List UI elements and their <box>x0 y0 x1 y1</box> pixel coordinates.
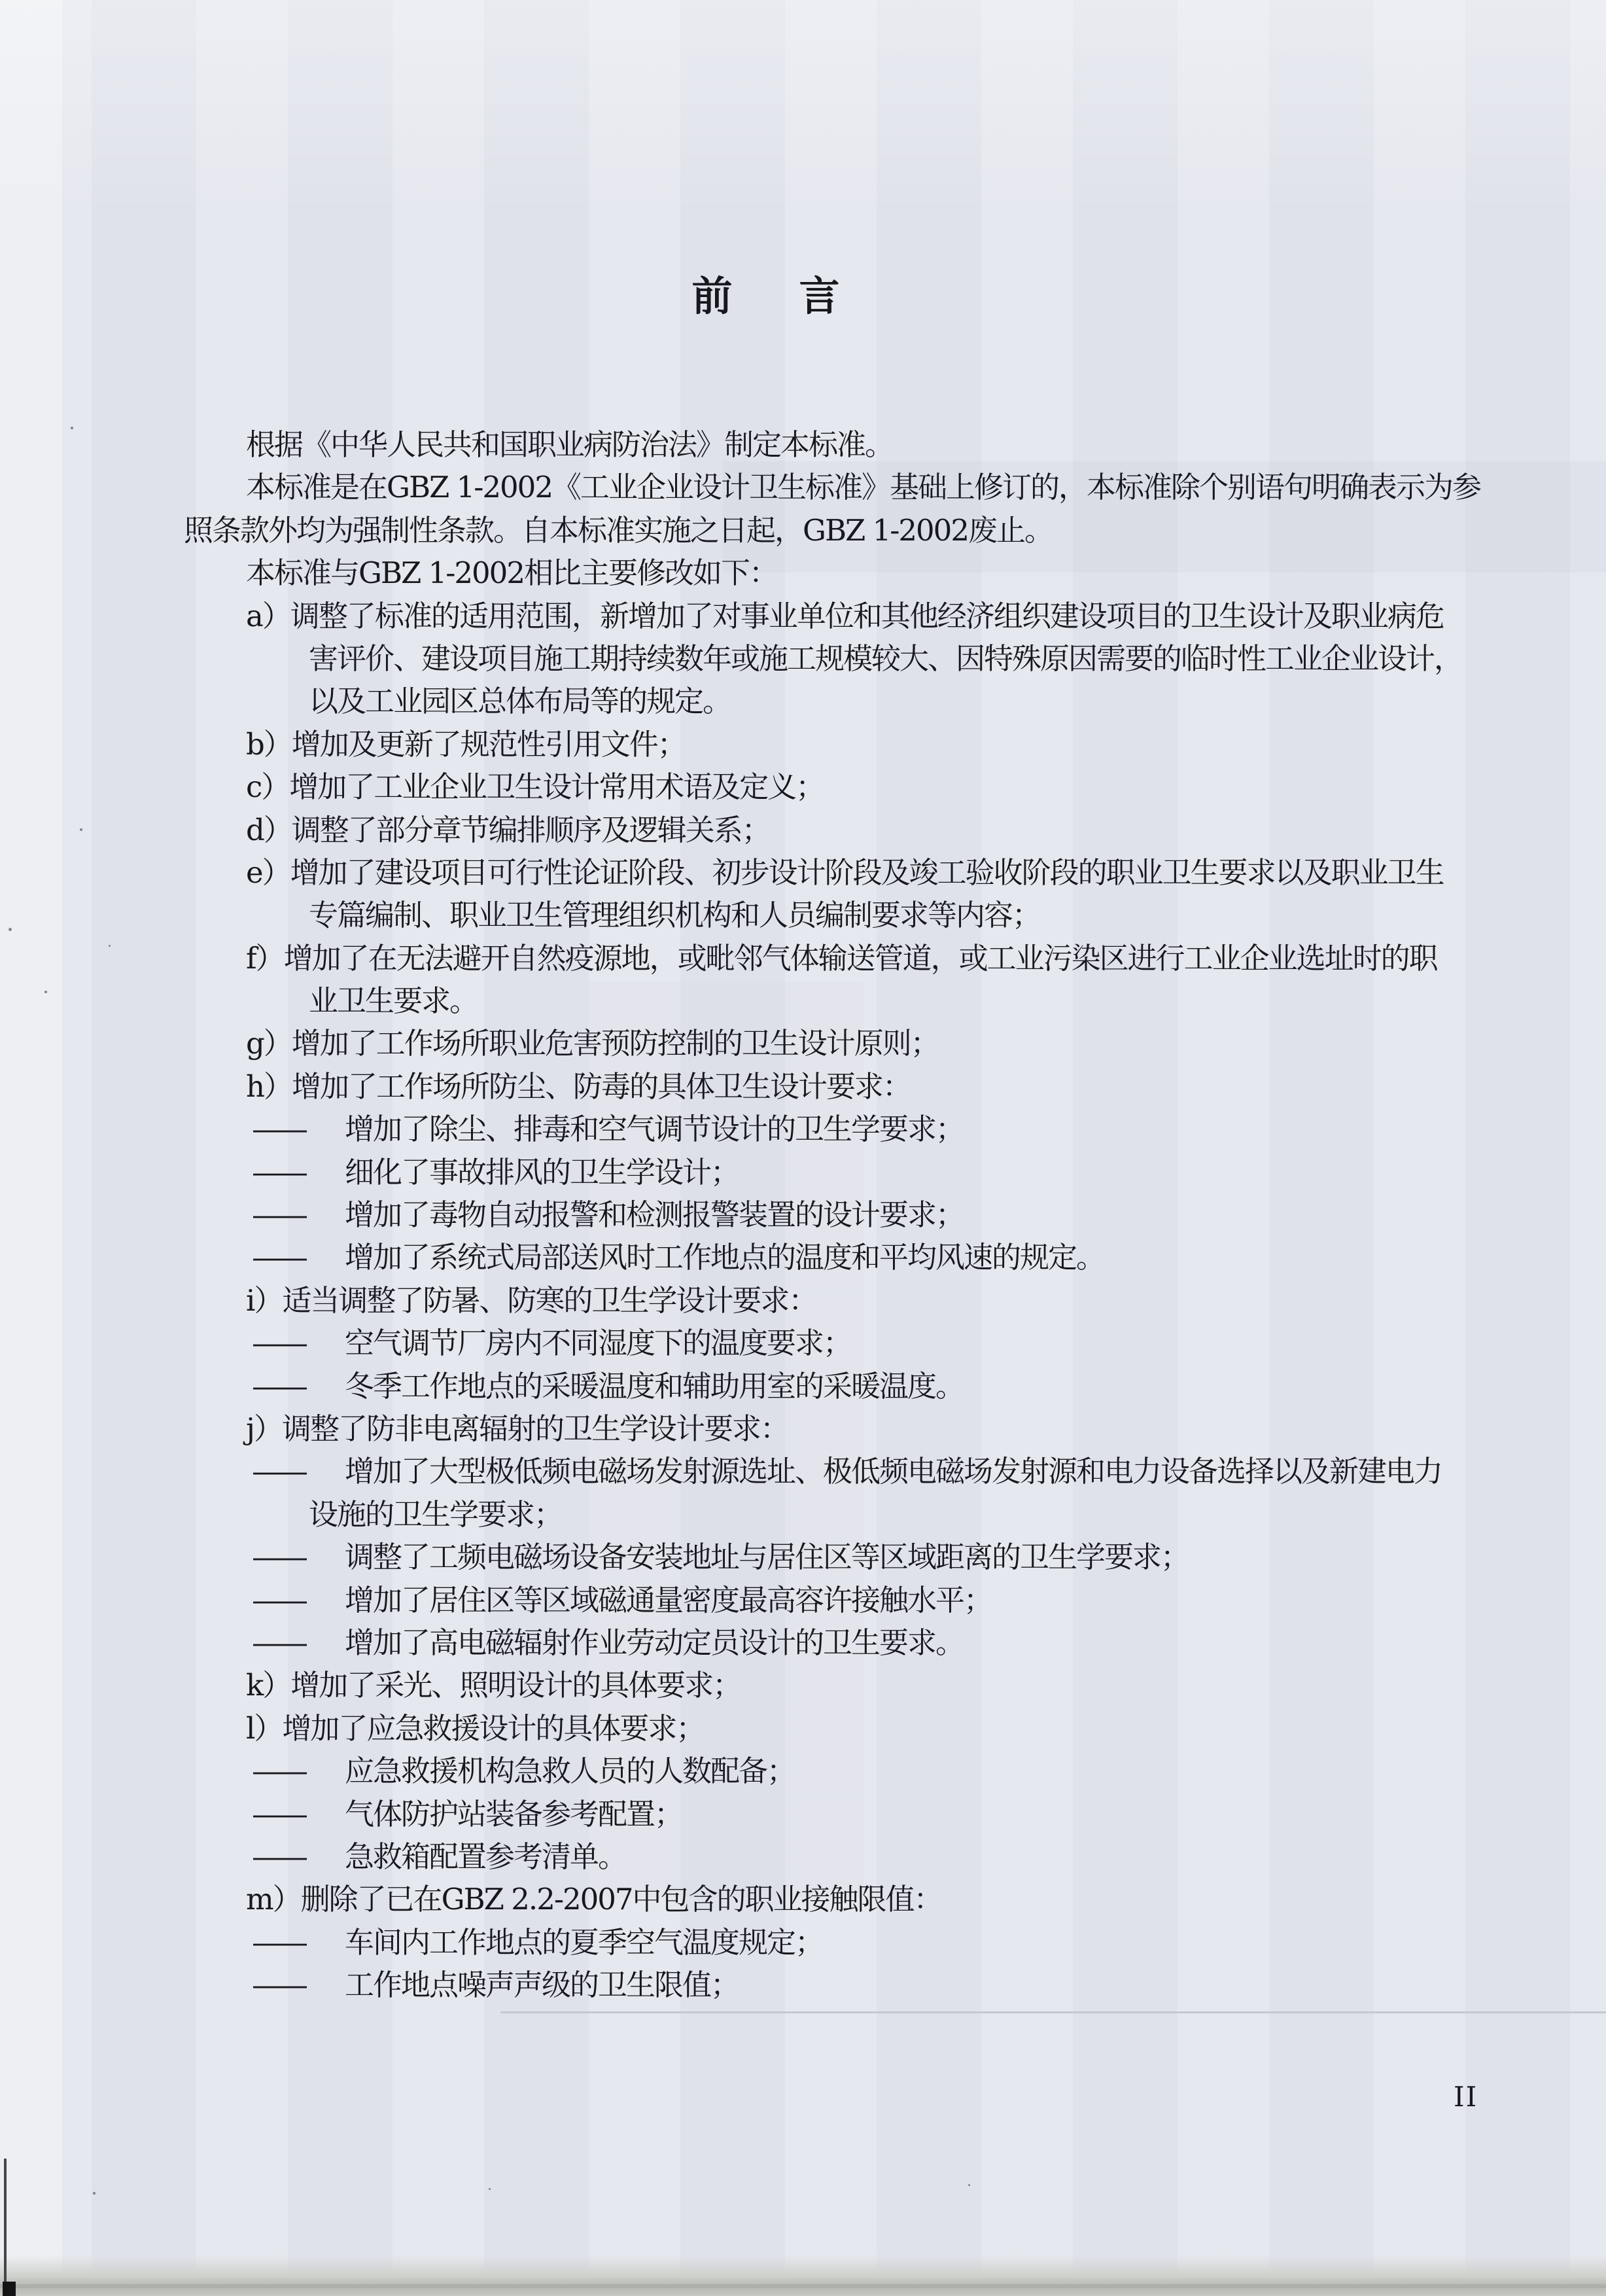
dash-item-line: ——冬季工作地点的采暖温度和辅助用室的采暖温度。 <box>184 1365 1430 1407</box>
scan-artifact-line <box>500 2011 1606 2013</box>
dash-item-line: ——增加了毒物自动报警和检测报警装置的设计要求； <box>184 1193 1430 1236</box>
em-dash-bullet: —— <box>252 1108 305 1150</box>
scan-bottom-edge-shadow <box>0 2284 1606 2288</box>
em-dash-bullet: —— <box>252 1322 305 1364</box>
item-i-line: i）适当调整了防暑、防寒的卫生学设计要求： <box>184 1279 1430 1322</box>
dash-item-text: 增加了大型极低频电磁场发射源选址、极低频电磁场发射源和电力设备选择以及新建电力 <box>345 1454 1442 1489</box>
item-j-line: j）调整了防非电离辐射的卫生学设计要求： <box>184 1407 1430 1450</box>
paragraph-line: 根据《中华人民共和国职业病防治法》制定本标准。 <box>184 423 1430 466</box>
item-a-line: a）调整了标准的适用范围，新增加了对事业单位和其他经济组织建设项目的卫生设计及职… <box>184 595 1430 637</box>
dash-item-line: ——增加了系统式局部送风时工作地点的温度和平均风速的规定。 <box>184 1236 1430 1279</box>
page-title: 前 言 <box>0 267 1575 326</box>
dash-item-line: ——增加了居住区等区域磁通量密度最高容许接触水平； <box>184 1579 1430 1621</box>
paragraph-line: 本标准与GBZ 1-2002相比主要修改如下： <box>184 552 1430 594</box>
em-dash-bullet: —— <box>252 1750 305 1792</box>
em-dash-bullet: —— <box>252 1536 305 1578</box>
dash-item-text: 增加了高电磁辐射作业劳动定员设计的卫生要求。 <box>345 1625 964 1660</box>
dash-item-line: ——调整了工频电磁场设备安装地址与居住区等区域距离的卫生学要求； <box>184 1536 1430 1578</box>
item-e-continuation-line: 专篇编制、职业卫生管理组织机构和人员编制要求等内容； <box>184 894 1430 936</box>
scan-speck <box>44 991 47 993</box>
dash-item-line: ——应急救援机构急救人员的人数配备； <box>184 1750 1430 1792</box>
dash-item-line: ——急救箱配置参考清单。 <box>184 1835 1430 1878</box>
dash-item-text: 车间内工作地点的夏季空气温度规定； <box>345 1925 823 1960</box>
dash-item-text: 增加了系统式局部送风时工作地点的温度和平均风速的规定。 <box>345 1240 1104 1275</box>
paragraph-continuation-line: 照条款外均为强制性条款。自本标准实施之日起，GBZ 1-2002废止。 <box>184 509 1430 552</box>
dash-item-continuation-line: 设施的卫生学要求； <box>184 1493 1430 1536</box>
scan-speck <box>93 2192 96 2195</box>
dash-item-text: 急救箱配置参考清单。 <box>345 1839 626 1874</box>
dash-item-text: 工作地点噪声声级的卫生限值； <box>345 1968 739 2002</box>
item-k-line: k）增加了采光、照明设计的具体要求； <box>184 1664 1430 1706</box>
foreword-body: 根据《中华人民共和国职业病防治法》制定本标准。 本标准是在GBZ 1-2002《… <box>184 423 1430 2006</box>
dash-item-text: 增加了除尘、排毒和空气调节设计的卫生学要求； <box>345 1112 964 1146</box>
item-a-continuation-line: 以及工业园区总体布局等的规定。 <box>184 680 1430 722</box>
em-dash-bullet: —— <box>252 1621 305 1664</box>
item-f-line: f）增加了在无法避开自然疫源地，或毗邻气体输送管道，或工业污染区进行工业企业选址… <box>184 937 1430 980</box>
em-dash-bullet: —— <box>252 1964 305 2006</box>
item-f-continuation-line: 业卫生要求。 <box>184 980 1430 1022</box>
item-b-line: b）增加及更新了规范性引用文件； <box>184 723 1430 766</box>
dash-item-text: 调整了工频电磁场设备安装地址与居住区等区域距离的卫生学要求； <box>345 1540 1189 1574</box>
em-dash-bullet: —— <box>252 1835 305 1878</box>
item-g-line: g）增加了工作场所职业危害预防控制的卫生设计原则； <box>184 1022 1430 1065</box>
em-dash-bullet: —— <box>252 1236 305 1279</box>
scan-speck <box>80 828 82 831</box>
dash-item-text: 空气调节厂房内不同湿度下的温度要求； <box>345 1326 851 1360</box>
dash-item-text: 细化了事故排风的卫生学设计； <box>345 1155 739 1190</box>
scan-speck <box>71 427 73 429</box>
dash-item-line: ——工作地点噪声声级的卫生限值； <box>184 1964 1430 2006</box>
em-dash-bullet: —— <box>252 1450 305 1492</box>
dash-item-line: ——增加了大型极低频电磁场发射源选址、极低频电磁场发射源和电力设备选择以及新建电… <box>184 1450 1430 1492</box>
scan-speck <box>489 2188 491 2190</box>
em-dash-bullet: —— <box>252 1151 305 1193</box>
dash-item-line: ——气体防护站装备参考配置； <box>184 1793 1430 1835</box>
scanned-document-page: 前 言 根据《中华人民共和国职业病防治法》制定本标准。 本标准是在GBZ 1-2… <box>0 0 1606 2296</box>
item-d-line: d）调整了部分章节编排顺序及逻辑关系； <box>184 809 1430 851</box>
item-m-line: m）删除了已在GBZ 2.2-2007中包含的职业接触限值： <box>184 1878 1430 1920</box>
paragraph-line: 本标准是在GBZ 1-2002《工业企业设计卫生标准》基础上修订的，本标准除个别… <box>184 466 1430 508</box>
scan-speck <box>109 945 111 947</box>
scan-left-edge-line <box>4 2159 7 2283</box>
scan-speck <box>9 928 12 931</box>
dash-item-text: 应急救援机构急救人员的人数配备； <box>345 1754 795 1788</box>
scan-top-shading <box>0 0 1606 216</box>
scan-speck <box>968 2184 970 2186</box>
dash-item-text: 气体防护站装备参考配置； <box>345 1797 682 1831</box>
em-dash-bullet: —— <box>252 1365 305 1407</box>
dash-item-text: 增加了居住区等区域磁通量密度最高容许接触水平； <box>345 1583 992 1617</box>
dash-item-text: 增加了毒物自动报警和检测报警装置的设计要求； <box>345 1197 964 1232</box>
em-dash-bullet: —— <box>252 1921 305 1964</box>
page-number: II <box>1454 2081 1478 2113</box>
dash-item-line: ——车间内工作地点的夏季空气温度规定； <box>184 1921 1430 1964</box>
dash-item-line: ——增加了除尘、排毒和空气调节设计的卫生学要求； <box>184 1108 1430 1150</box>
item-h-line: h）增加了工作场所防尘、防毒的具体卫生设计要求： <box>184 1065 1430 1108</box>
item-l-line: l）增加了应急救援设计的具体要求； <box>184 1707 1430 1750</box>
dash-item-line: ——空气调节厂房内不同湿度下的温度要求； <box>184 1322 1430 1364</box>
dash-item-text: 冬季工作地点的采暖温度和辅助用室的采暖温度。 <box>345 1369 964 1404</box>
item-a-continuation-line: 害评价、建设项目施工期持续数年或施工规模较大、因特殊原因需要的临时性工业企业设计… <box>184 637 1430 680</box>
scan-bottom-edge-band <box>0 2255 1606 2296</box>
em-dash-bullet: —— <box>252 1193 305 1236</box>
em-dash-bullet: —— <box>252 1793 305 1835</box>
item-c-line: c）增加了工业企业卫生设计常用术语及定义； <box>184 766 1430 808</box>
scan-corner-blob <box>3 2282 16 2296</box>
item-e-line: e）增加了建设项目可行性论证阶段、初步设计阶段及竣工验收阶段的职业卫生要求以及职… <box>184 851 1430 894</box>
dash-item-line: ——增加了高电磁辐射作业劳动定员设计的卫生要求。 <box>184 1621 1430 1664</box>
dash-item-line: ——细化了事故排风的卫生学设计； <box>184 1151 1430 1193</box>
em-dash-bullet: —— <box>252 1579 305 1621</box>
